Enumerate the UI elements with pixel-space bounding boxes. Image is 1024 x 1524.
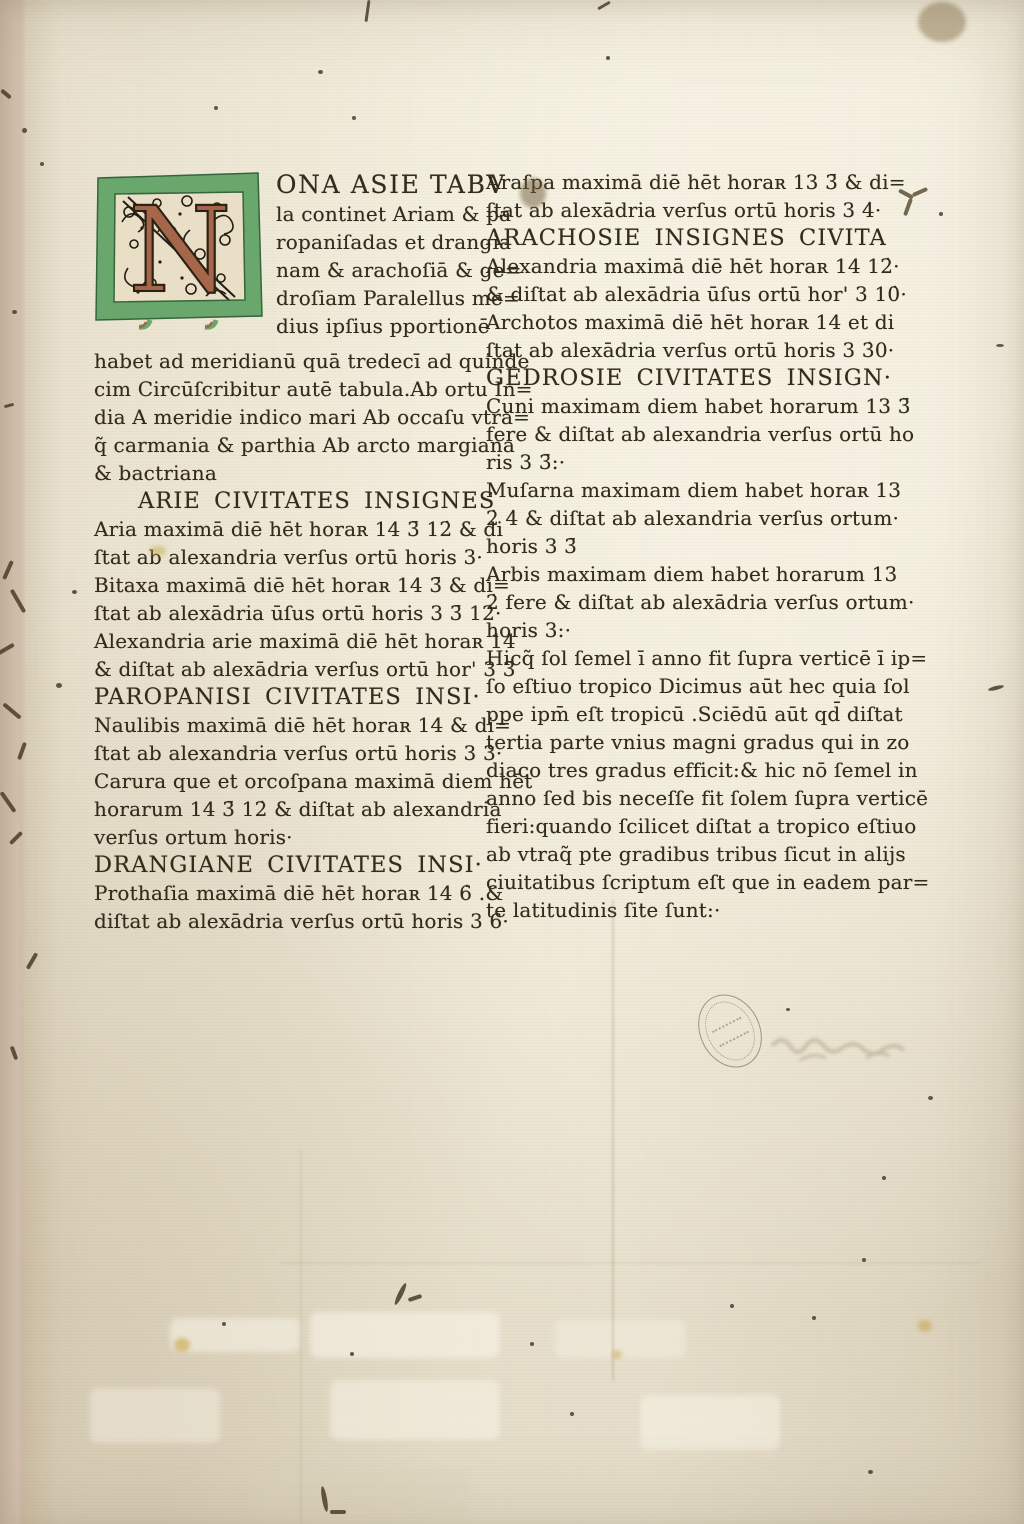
text-line: & bactriana	[94, 459, 476, 487]
text-line: q̃ carmania & parthia Ab arcto margiana	[94, 431, 476, 459]
text-line: cim Circūſcribitur autē tabula.Ab ortu I…	[94, 375, 476, 403]
text-line: ciuitatibus ſcriptum eſt que in eadem pa…	[486, 868, 941, 896]
section-heading: PAROPANISI CIVITATES INSI·	[94, 683, 476, 711]
section-heading: ARACHOSIE INSIGNES CIVITA	[486, 224, 941, 252]
ink-speck	[214, 106, 218, 110]
ink-stain	[520, 178, 546, 208]
text-line: Alexandria arie maximā diē hēt horaʀ 14	[94, 627, 476, 655]
text-line: ſtat ab alexandria verſus ortū horis 3 3…	[94, 739, 476, 767]
text-line: Araſpa maximā diē hēt horaʀ 13 3̄ & di=	[486, 168, 941, 196]
section-heading: GEDROSIE CIVITATES INSIGN·	[486, 364, 941, 392]
ink-mark	[393, 1282, 408, 1306]
ink-speck	[222, 1322, 226, 1326]
text-line: Alexandria maximā diē hēt horaʀ 14 12̇·	[486, 252, 941, 280]
yellow-stain	[174, 1338, 190, 1352]
text-line: Carura que et orcoſpana maximā diem hēt	[94, 767, 476, 795]
opening-lines: ONA ASIE TABVla continet Ariam & paropan…	[266, 170, 522, 340]
page-deckle-edge	[0, 0, 26, 1524]
text-line: horarum 14 3̄ 12̇ & diſtat ab alexandria	[94, 795, 476, 823]
ink-speck	[928, 1096, 933, 1100]
text-line: ppe ipm̄ eſt tropicū .Sciēdū aūt qd̄ diſ…	[486, 700, 941, 728]
ink-speck	[56, 683, 62, 688]
paper-crease	[612, 900, 614, 1380]
woodcut-initial-N: N	[94, 170, 266, 330]
ink-speck	[12, 310, 17, 314]
ink-speck	[868, 1470, 873, 1474]
ink-speck	[352, 116, 356, 120]
ink-speck	[730, 1304, 734, 1308]
library-stamp	[686, 984, 774, 1079]
ink-mark	[597, 1, 611, 11]
ink-mark	[408, 1294, 423, 1302]
text-line: ONA ASIE TABV	[276, 172, 522, 200]
text-line: Arbis maximam diem habet horarum 13	[486, 560, 941, 588]
right-column-lines: Araſpa maximā diē hēt horaʀ 13 3̄ & di=ſ…	[486, 168, 941, 924]
ink-speck	[318, 70, 323, 74]
text-line: Muſarna maximam diem habet horaʀ 13	[486, 476, 941, 504]
worm-mark	[26, 952, 38, 970]
text-line: ſtat ab alexādria ūſus ortū horis 3 3̄ 1…	[94, 599, 476, 627]
text-line: Aria maximā diē hēt horaʀ 14 3̄ 12̇ & di	[94, 515, 476, 543]
text-line: diſtat ab alexādria verſus ortū horis 3 …	[94, 907, 476, 935]
ink-speck	[882, 1176, 886, 1180]
text-line: dia A meridie indico mari Ab occaſu vtra…	[94, 403, 476, 431]
ink-mark	[330, 1510, 346, 1514]
text-line: Naulibis maximā diē hēt horaʀ 14 & di=	[94, 711, 476, 739]
text-line: fere & diſtat ab alexandria verſus ortū …	[486, 420, 941, 448]
ink-speck	[862, 1258, 866, 1262]
yellow-stain	[612, 1350, 622, 1359]
text-line: habet ad meridianū quā tredecī ad quinde	[94, 347, 476, 375]
yellow-stain	[918, 1320, 932, 1332]
text-line: droſiam Paralellus me=	[276, 284, 522, 312]
show-through-block	[90, 1388, 220, 1443]
text-line: ropaniſadas et drangia	[276, 228, 522, 256]
show-through-block	[310, 1312, 500, 1358]
text-line: fieri:quando ſcilicet diſtat a tropico e…	[486, 812, 941, 840]
section-heading: DRANGIANE CIVITATES INSI·	[94, 851, 476, 879]
text-line: Bitaxa maximā diē hēt horaʀ 14 3̄ & di=	[94, 571, 476, 599]
text-line: la continet Ariam & pa	[276, 200, 522, 228]
text-line: horis 3 3̄	[486, 532, 941, 560]
opening-paragraph: N ONA ASIE TABVla continet Ariam & parop…	[94, 170, 476, 340]
ink-stain	[918, 2, 966, 42]
text-line: te latitudinis ſite ſunt:·	[486, 896, 941, 924]
ink-speck	[22, 128, 27, 133]
text-line: Prothaſia maximā diē hēt horaʀ 14 6̇ .&	[94, 879, 476, 907]
ink-mark	[988, 684, 1004, 692]
text-line: ris 3 3̄:·	[486, 448, 941, 476]
ink-speck	[570, 1412, 574, 1416]
text-line: & diſtat ab alexādria verſus ortū hor' 3…	[94, 655, 476, 683]
text-line: anno ſed bis neceſſe fit ſolem ſupra ver…	[486, 784, 941, 812]
ink-speck	[812, 1316, 816, 1320]
show-through-block	[330, 1380, 500, 1440]
ink-speck	[350, 1352, 354, 1356]
text-line: verſus ortum horis·	[94, 823, 476, 851]
ink-speck	[939, 212, 943, 216]
text-line: tertia parte vnius magni gradus qui in z…	[486, 728, 941, 756]
show-through-block	[250, 1470, 470, 1520]
show-through-block	[640, 1395, 780, 1450]
right-text-column: Araſpa maximā diē hēt horaʀ 13 3̄ & di=ſ…	[486, 168, 941, 924]
text-line: ab vtraq̃ pte gradibus tribus ſicut in a…	[486, 840, 941, 868]
text-line: Archotos maximā diē hēt horaʀ 14 et di	[486, 308, 941, 336]
initial-letter-glyph: N	[128, 181, 231, 319]
ink-mark	[364, 0, 370, 22]
text-line: 2̇ fere & diſtat ab alexādria verſus ort…	[486, 588, 941, 616]
text-line: ſo eſtiuo tropico Dicimus aūt hec quia ſ…	[486, 672, 941, 700]
scanned-page: N ONA ASIE TABVla continet Ariam & parop…	[0, 0, 1024, 1524]
text-line: Hicq̃ ſol ſemel ī anno fit ſupra verticē…	[486, 644, 941, 672]
text-line: dius ipſius pportionē	[276, 312, 522, 340]
text-line: ſtat ab alexādria verſus ortū horis 3 4̇…	[486, 196, 941, 224]
text-line: Cuni maximam diem habet horarum 13 3̄	[486, 392, 941, 420]
text-line: 2̇ 4̇ & diſtat ab alexandria verſus ortu…	[486, 504, 941, 532]
text-line: horis 3:·	[486, 616, 941, 644]
ink-speck	[40, 162, 44, 166]
left-column-lines: habet ad meridianū quā tredecī ad quinde…	[94, 347, 476, 935]
ink-mark-y	[896, 190, 930, 220]
section-heading: ARIE CIVITATES INSIGNES	[94, 487, 476, 515]
text-line: nam & arachoſiā & ge=	[276, 256, 522, 284]
text-line: & diſtat ab alexādria ūſus ortū hor' 3 1…	[486, 280, 941, 308]
text-line: ſtat ab alexādria verſus ortū horis 3 3̇…	[486, 336, 941, 364]
ink-speck	[786, 1008, 790, 1011]
text-line: diaco tres gradus efficit:& hic nō ſemel…	[486, 756, 941, 784]
show-through-handwriting	[770, 1012, 930, 1072]
ink-speck	[996, 344, 1004, 347]
ink-speck	[530, 1342, 534, 1346]
paper-crease	[280, 1262, 980, 1264]
yellow-stain	[150, 546, 166, 556]
paper-crease	[300, 1150, 302, 1524]
ink-speck	[606, 56, 610, 60]
ink-speck	[72, 590, 77, 594]
